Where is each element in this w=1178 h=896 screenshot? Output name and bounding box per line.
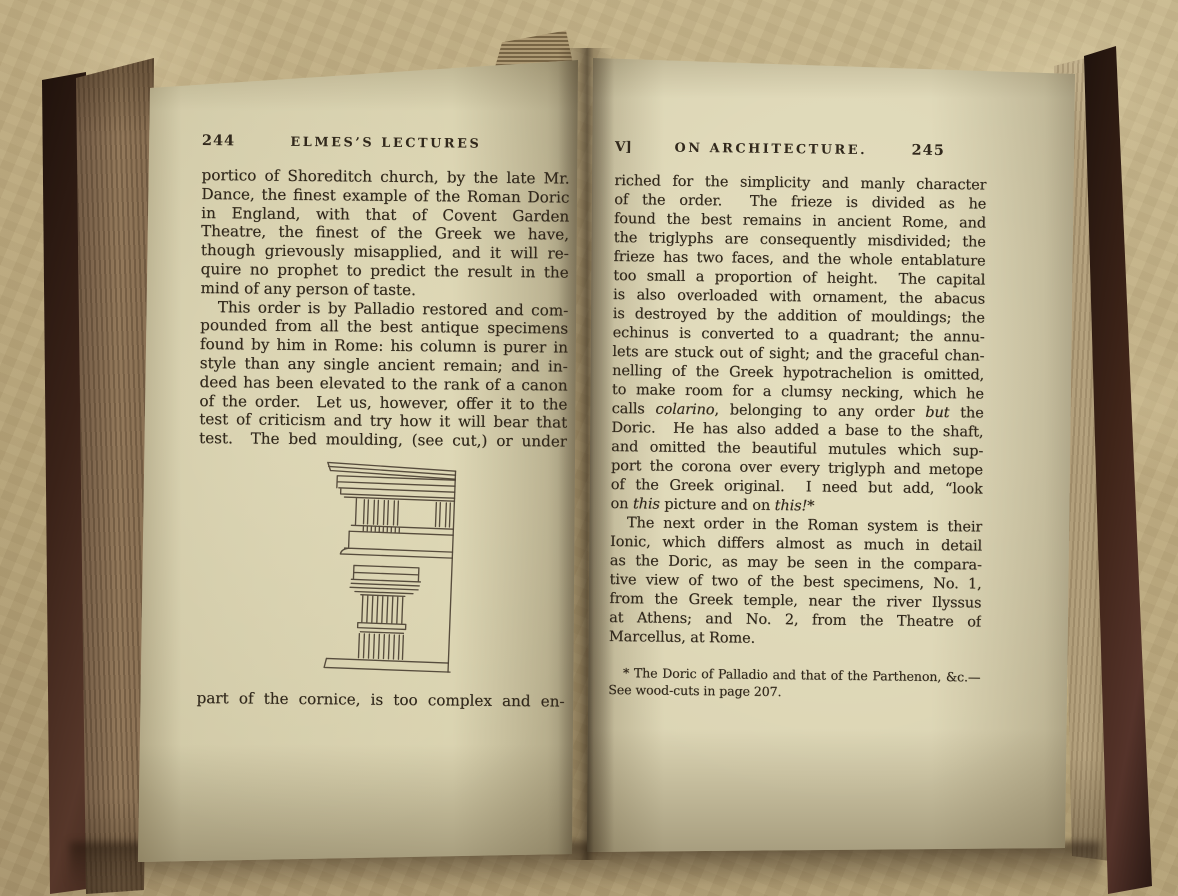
right-running-header: ON ARCHITECTURE. [661, 141, 881, 159]
frieze-triglyphs [364, 500, 451, 527]
left-paragraph-1: portico of Shoreditch church, by the lat… [200, 166, 569, 301]
astragal-band [357, 623, 405, 634]
header-spacer [494, 148, 570, 149]
text-line: test. The bed moulding, (see cut,) or un… [199, 429, 567, 451]
left-bottom-line: part of the cornice, is too complex and … [196, 689, 564, 711]
right-page-number: 245 [911, 142, 987, 160]
capital-necking-flutes [362, 596, 403, 623]
right-page-content: V] ON ARCHITECTURE. 245 riched for the s… [608, 138, 987, 703]
left-page: 244 ELMES’S LECTURES portico of Shoredit… [136, 54, 588, 866]
left-page-number: 244 [202, 132, 278, 150]
shaft-flutes [358, 634, 403, 660]
base-slab [324, 658, 450, 672]
left-running-header: ELMES’S LECTURES [278, 135, 494, 152]
text-line: part of the cornice, is too complex and … [196, 689, 564, 711]
right-paragraph-1: riched for the simplicity and manly char… [610, 172, 986, 519]
left-page-content: 244 ELMES’S LECTURES portico of Shoredit… [196, 132, 570, 711]
left-page-header: 244 ELMES’S LECTURES [202, 132, 570, 153]
left-paragraph-2: This order is by Palladio restored and c… [199, 298, 568, 452]
capital-abacus [351, 565, 420, 582]
doric-order-woodcut-drawing [318, 460, 462, 679]
doric-order-woodcut-figure [318, 460, 464, 679]
right-page-header: V] ON ARCHITECTURE. 245 [615, 138, 987, 160]
cornice-corona [337, 476, 456, 498]
photo-scene: 244 ELMES’S LECTURES portico of Shoredit… [0, 0, 1178, 896]
footnote: * The Doric of Palladio and that of the … [608, 665, 980, 703]
capital-echinus [350, 583, 419, 597]
right-page: V] ON ARCHITECTURE. 245 riched for the s… [585, 50, 1079, 858]
right-paragraph-2: The next order in the Roman system is th… [609, 514, 983, 652]
